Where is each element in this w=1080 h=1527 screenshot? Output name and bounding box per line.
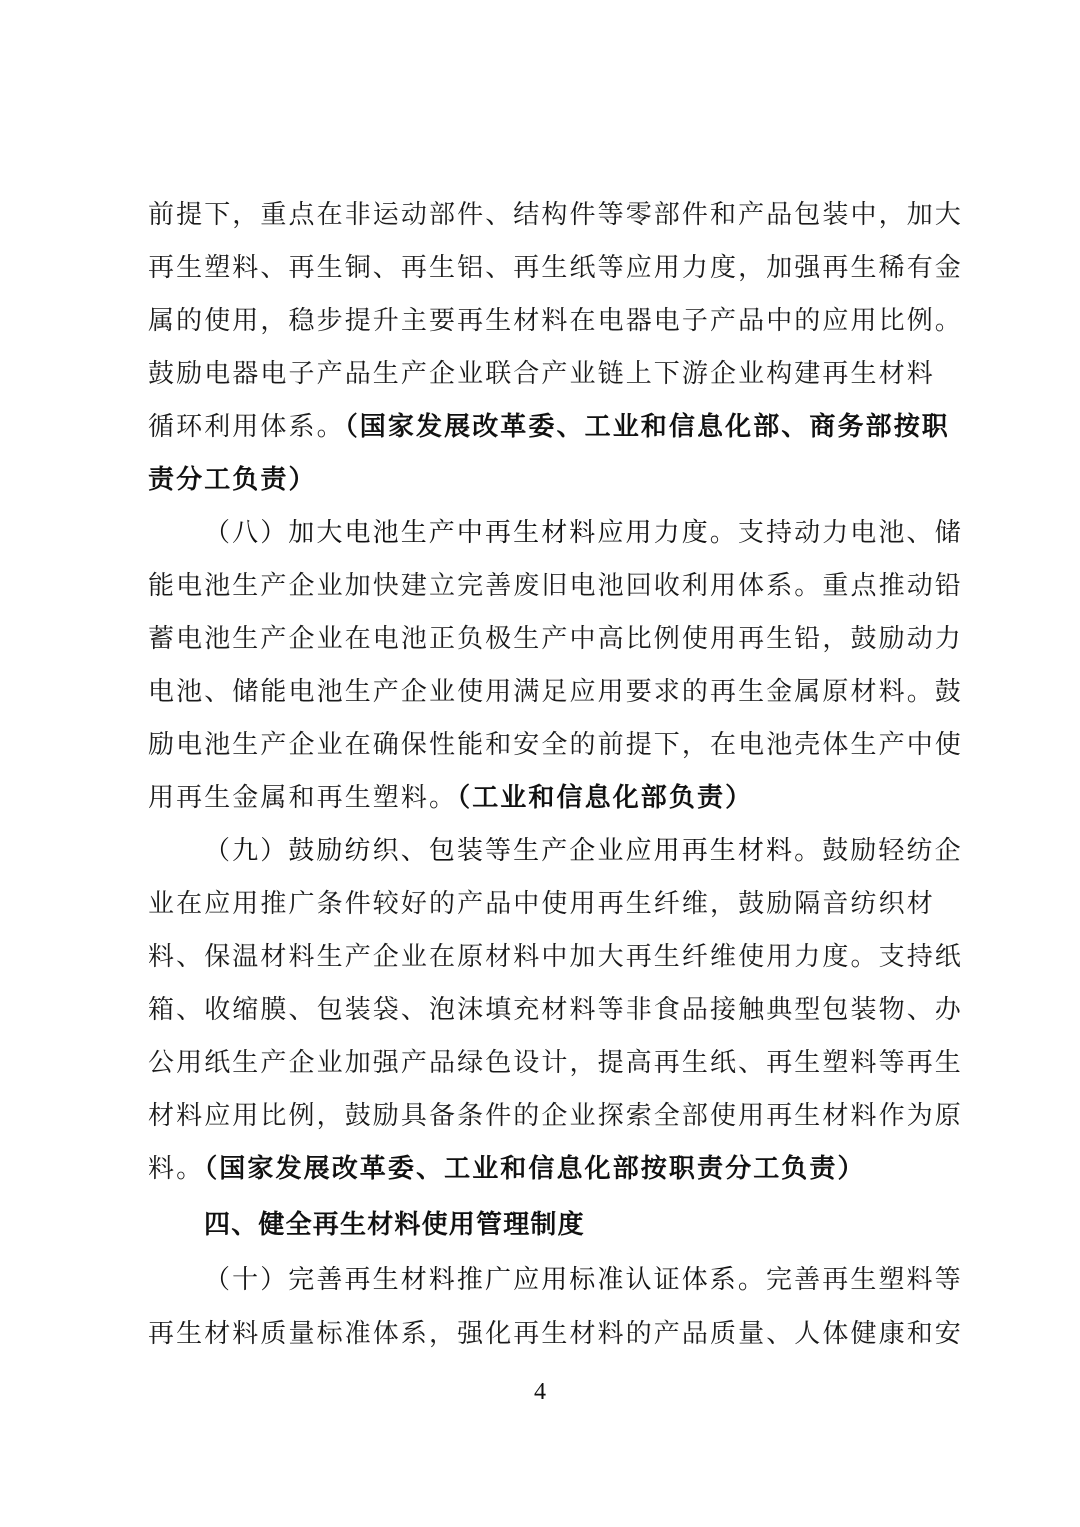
body-line: （八）加大电池生产中再生材料应用力度。支持动力电池、储 [204,513,1004,553]
body-text: 材料应用比例，鼓励具备条件的企业探索全部使用再生材料作为原 [148,1101,963,1131]
body-line: 公用纸生产企业加强产品绿色设计，提高再生纸、再生塑料等再生 [148,1043,948,1083]
responsibility-note: 责分工负责） [148,465,317,495]
body-text: 支持动力电池、储 [738,518,963,548]
body-line: 用再生金属和再生塑料。（工业和信息化部负责） [148,778,948,818]
body-line: 料。（国家发展改革委、工业和信息化部按职责分工负责） [148,1149,948,1189]
body-line: 蓄电池生产企业在电池正负极生产中高比例使用再生铅，鼓励动力 [148,619,948,659]
body-line: 前提下，重点在非运动部件、结构件等零部件和产品包装中，加大 [148,195,948,235]
body-text: 前提下，重点在非运动部件、结构件等零部件和产品包装中，加大 [148,200,963,230]
body-line: （九）鼓励纺织、包装等生产企业应用再生材料。鼓励轻纺企 [204,831,1004,871]
body-text: 再生材料质量标准体系，强化再生材料的产品质量、人体健康和安 [148,1319,963,1349]
responsibility-note: （国家发展改革委、工业和信息化部、商务部按职 [345,412,950,442]
responsibility-note: （工业和信息化部负责） [457,783,753,813]
item-heading-10: （十）完善再生材料推广应用标准认证体系。 [204,1265,766,1295]
body-text: 再生塑料、再生铜、再生铝、再生纸等应用力度，加强再生稀有金 [148,253,963,283]
item-heading-8: （八）加大电池生产中再生材料应用力度。 [204,518,738,548]
body-text: 料、保温材料生产企业在原材料中加大再生纤维使用力度。支持纸 [148,942,963,972]
body-text: 能电池生产企业加快建立完善废旧电池回收利用体系。重点推动铅 [148,571,963,601]
body-text: 蓄电池生产企业在电池正负极生产中高比例使用再生铅，鼓励动力 [148,624,963,654]
body-line: 责分工负责） [148,460,948,500]
body-text: 料。 [148,1154,204,1184]
responsibility-note: （国家发展改革委、工业和信息化部按职责分工负责） [204,1154,865,1184]
body-line: 能电池生产企业加快建立完善废旧电池回收利用体系。重点推动铅 [148,566,948,606]
document-page: 前提下，重点在非运动部件、结构件等零部件和产品包装中，加大 再生塑料、再生铜、再… [0,0,1080,1527]
body-text: 箱、收缩膜、包装袋、泡沫填充材料等非食品接触典型包装物、办 [148,995,963,1025]
body-line: 励电池生产企业在确保性能和安全的前提下，在电池壳体生产中使 [148,725,948,765]
body-line: 再生塑料、再生铜、再生铝、再生纸等应用力度，加强再生稀有金 [148,248,948,288]
body-line: 鼓励电器电子产品生产企业联合产业链上下游企业构建再生材料 [148,354,948,394]
body-text: 公用纸生产企业加强产品绿色设计，提高再生纸、再生塑料等再生 [148,1048,963,1078]
body-text: 鼓励电器电子产品生产企业联合产业链上下游企业构建再生材料 [148,359,935,389]
body-text: 电池、储能电池生产企业使用满足应用要求的再生金属原材料。鼓 [148,677,963,707]
body-line: 循环利用体系。（国家发展改革委、工业和信息化部、商务部按职 [148,407,948,447]
body-line: 属的使用，稳步提升主要再生材料在电器电子产品中的应用比例。 [148,301,948,341]
body-line: （十）完善再生材料推广应用标准认证体系。完善再生塑料等 [204,1260,1004,1300]
page-number: 4 [0,1376,1080,1408]
body-line: 业在应用推广条件较好的产品中使用再生纤维，鼓励隔音纺织材 [148,884,948,924]
body-line: 材料应用比例，鼓励具备条件的企业探索全部使用再生材料作为原 [148,1096,948,1136]
body-text: 鼓励轻纺企 [822,836,963,866]
body-text: 励电池生产企业在确保性能和安全的前提下，在电池壳体生产中使 [148,730,963,760]
body-line: 再生材料质量标准体系，强化再生材料的产品质量、人体健康和安 [148,1314,948,1354]
body-text: 完善再生塑料等 [766,1265,963,1295]
item-heading-9: （九）鼓励纺织、包装等生产企业应用再生材料。 [204,836,822,866]
body-line: 电池、储能电池生产企业使用满足应用要求的再生金属原材料。鼓 [148,672,948,712]
body-text: 用再生金属和再生塑料。 [148,783,457,813]
body-line: 箱、收缩膜、包装袋、泡沫填充材料等非食品接触典型包装物、办 [148,990,948,1030]
body-line: 料、保温材料生产企业在原材料中加大再生纤维使用力度。支持纸 [148,937,948,977]
body-text: 业在应用推广条件较好的产品中使用再生纤维，鼓励隔音纺织材 [148,889,935,919]
body-text: 属的使用，稳步提升主要再生材料在电器电子产品中的应用比例。 [148,306,963,336]
body-text: 循环利用体系。 [148,412,345,442]
section-heading: 四、健全再生材料使用管理制度 [204,1205,1004,1245]
